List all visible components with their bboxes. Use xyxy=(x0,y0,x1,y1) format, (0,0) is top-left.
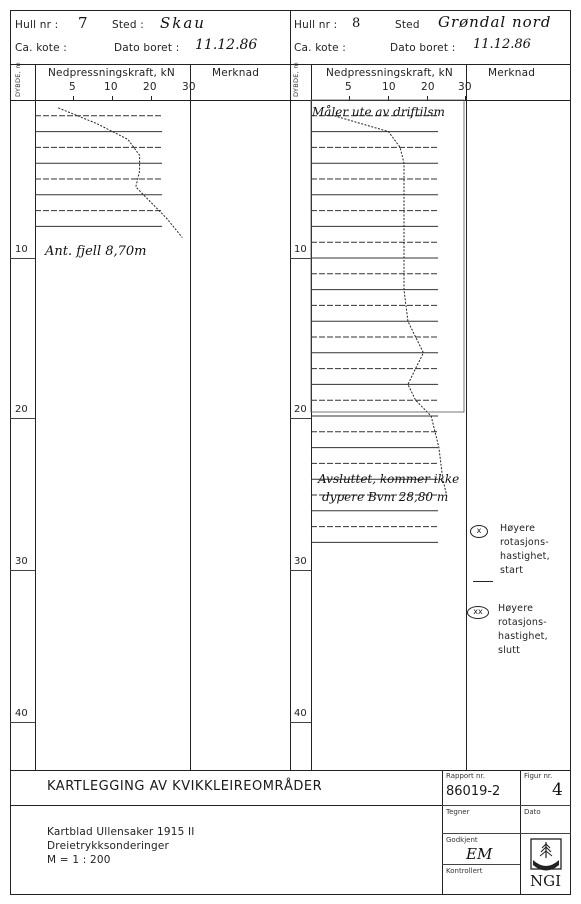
godkjent-label: Godkjent xyxy=(446,836,478,844)
start-line-icon xyxy=(473,581,493,582)
legend-item-start: Høyererotasjons-hastighet,start xyxy=(500,522,550,578)
dato-label: Dato xyxy=(524,808,541,816)
annotation-stop-2: dypere Bvm 28,80 m xyxy=(322,490,448,504)
ngi-logo: NGI xyxy=(528,838,564,893)
rotation-end-symbol-icon: xx xyxy=(467,606,489,619)
rotation-start-symbol-icon: x xyxy=(470,525,488,538)
legend-item-end: Høyererotasjons-hastighet,slutt xyxy=(498,602,548,658)
drawing-description: Kartblad Ullensaker 1915 II Dreietrykkso… xyxy=(47,825,195,867)
legend: x Høyererotasjons-hastighet,start xx Høy… xyxy=(470,518,570,678)
figur-label: Figur nr. xyxy=(524,772,552,780)
annotation-rock: Ant. fjell 8,70m xyxy=(45,244,147,259)
annotation-stop-1: Avsluttet, kommer ikke xyxy=(318,472,459,486)
sounding-plots xyxy=(0,0,581,904)
ngi-logo-text: NGI xyxy=(530,872,561,890)
title-divider xyxy=(10,805,442,806)
project-title: KARTLEGGING AV KVIKKLEIREOMRÅDER xyxy=(47,779,322,794)
tegner-label: Tegner xyxy=(446,808,469,816)
rapport-label: Rapport nr. xyxy=(446,772,485,780)
annotation-meter-fault: Måler ute av driftilsm xyxy=(312,105,445,119)
rapport-number: 86019-2 xyxy=(446,784,500,799)
godkjent-initials: EM xyxy=(466,845,492,863)
kontrollert-label: Kontrollert xyxy=(446,867,483,875)
figur-number: 4 xyxy=(552,780,563,800)
